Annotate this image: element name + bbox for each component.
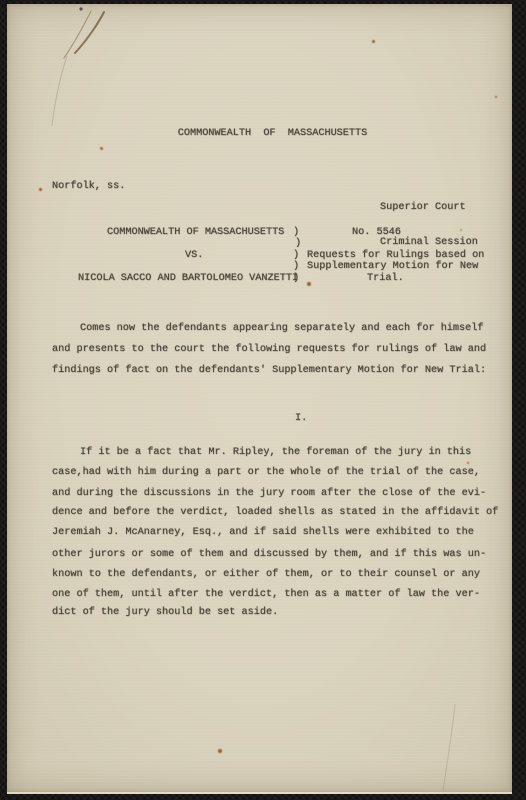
caption-defendants: NICOLA SACCO AND BARTOLOMEO VANZETTI [78, 272, 298, 286]
request-line: and during the discussions in the jury r… [52, 487, 486, 501]
document-page: COMMONWEALTH OF MASSACHUSETTS Norfolk, s… [7, 4, 512, 794]
intro-line: and presents to the court the following … [52, 343, 486, 357]
request-line: dict of the jury should be set aside. [52, 606, 278, 620]
foxing-spot [467, 462, 469, 464]
foxing-spot [218, 749, 222, 753]
request-line: dence and before the verdict, loaded she… [52, 506, 498, 520]
request-line: known to the defendants, or either of th… [52, 568, 480, 582]
foxing-spot [39, 188, 42, 191]
foxing-spot [495, 96, 497, 98]
caption-plaintiff: COMMONWEALTH OF MASSACHUSETTS [107, 226, 284, 240]
request-line: Jeremiah J. McAnarney, Esq., and if said… [52, 526, 474, 540]
pencil-mark [7, 4, 512, 792]
request-line: other jurors or some of them and discuss… [52, 548, 486, 562]
motion-title-line: Trial. [367, 272, 404, 286]
docket-number: No. 5546 [352, 226, 401, 240]
paper-crease [443, 704, 455, 790]
intro-line: findings of fact on the defendants' Supp… [52, 364, 486, 378]
document-title: COMMONWEALTH OF MASSACHUSETTS [7, 127, 512, 141]
request-line: If it be a fact that Mr. Ripley, the for… [80, 446, 471, 460]
paper-crease [52, 56, 67, 126]
section-number: I. [295, 412, 307, 426]
caption-bracket: ) [293, 272, 299, 286]
court-line-1: Superior Court [380, 202, 478, 214]
caption-versus: VS. [185, 249, 203, 263]
ink-dot [79, 7, 82, 10]
foxing-spot [372, 40, 375, 43]
intro-line: Comes now the defendants appearing separ… [80, 322, 484, 336]
foxing-spot [100, 147, 103, 150]
foxing-spot [307, 282, 311, 286]
request-line: case,had with him during a part or the w… [52, 466, 480, 480]
request-line: one of them, until after the verdict, th… [52, 588, 480, 602]
scan-background: { "header": { "title": "COMMONWEALTH OF … [0, 0, 526, 800]
venue-caption: Norfolk, ss. [52, 180, 125, 194]
